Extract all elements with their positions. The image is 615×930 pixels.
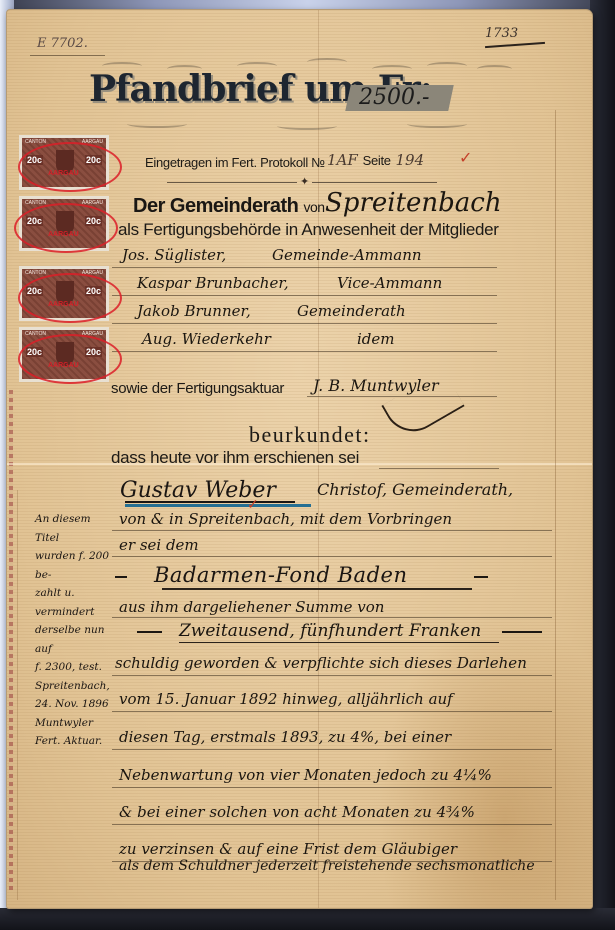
loan-intro: aus ihm dargeliehener Summe von xyxy=(119,598,384,616)
title-flourish xyxy=(277,122,337,130)
margin-line-right xyxy=(555,110,556,900)
certifies-heading: beurkundet: xyxy=(249,422,371,448)
protocol-values: 1AF Seite 194 xyxy=(327,151,424,169)
amount-value: 2500.- xyxy=(359,85,429,110)
clerk-label: sowie der Fertigungsaktuar xyxy=(111,380,284,397)
municipality-name: Spreitenbach xyxy=(325,188,502,218)
text-rule xyxy=(112,787,552,788)
member-rule xyxy=(112,351,497,352)
person-line-2: von & in Spreitenbach, mit dem Vorbringe… xyxy=(119,510,452,528)
cancellation-mark xyxy=(18,273,122,323)
reference-id-underline xyxy=(30,55,105,56)
member-rule xyxy=(112,323,497,324)
council-von: von xyxy=(303,199,324,215)
binding-stitch xyxy=(9,390,13,890)
creditor-name: Badarmen-Fond Baden xyxy=(154,563,407,587)
member-rule xyxy=(112,267,497,268)
text-rule xyxy=(112,711,552,712)
separator-ornament: ✦ xyxy=(300,175,309,188)
protocol-line: Eingetragen im Fert. Protokoll № xyxy=(145,155,325,170)
text-rule xyxy=(112,530,552,531)
margin-note: An diesem Titel wurden f. 200 be- zahlt … xyxy=(35,510,115,751)
revenue-stamp: CANTONAARGAU 20c 20c AARGAU xyxy=(19,327,109,382)
protocol-label: Eingetragen im Fert. Protokoll № xyxy=(145,155,325,170)
body-line: zu verzinsen & auf eine Frist dem Gläubi… xyxy=(119,840,457,858)
text-rule xyxy=(112,824,552,825)
text-rule xyxy=(112,749,552,750)
person-underline-blue xyxy=(125,504,311,507)
cancellation-mark xyxy=(18,334,122,384)
dash xyxy=(137,631,162,633)
member-role: Gemeinderath xyxy=(297,302,406,320)
cancellation-mark xyxy=(14,203,118,253)
body-line: vom 15. Januar 1892 hinweg, alljährlich … xyxy=(119,690,453,708)
authority-line: als Fertigungsbehörde in Anwesenheit der… xyxy=(118,220,499,240)
dash xyxy=(474,576,488,578)
page-number: 194 xyxy=(396,151,425,169)
member-name: Jos. Süglister, xyxy=(122,246,226,264)
body-line: Nebenwartung von vier Monaten jedoch zu … xyxy=(119,766,492,784)
text-rule xyxy=(112,556,552,557)
appeared-rule xyxy=(379,468,499,469)
margin-line-left xyxy=(17,490,18,900)
appeared-line: dass heute vor ihm erschienen sei xyxy=(111,448,359,468)
member-role: Vice-Ammann xyxy=(337,274,442,292)
reference-number-underline xyxy=(485,42,545,48)
amount-underline xyxy=(179,642,499,643)
title-flourish xyxy=(427,62,467,70)
reference-number: 1733 xyxy=(485,26,518,41)
member-rule xyxy=(112,295,497,296)
member-name: Jakob Brunner, xyxy=(137,302,251,320)
body-line: diesen Tag, erstmals 1893, zu 4%, bei ei… xyxy=(119,728,451,746)
text-rule xyxy=(112,675,552,676)
text-rule xyxy=(112,617,552,618)
title-flourish xyxy=(127,120,187,128)
member-name: Aug. Wiederkehr xyxy=(142,330,271,348)
member-role: Gemeinde-Ammann xyxy=(272,246,422,264)
amount-in-words: Zweitausend, fünfhundert Franken xyxy=(179,621,481,641)
background-right xyxy=(590,0,615,930)
title-flourish xyxy=(307,58,347,66)
council-label: Der Gemeinderath xyxy=(133,195,298,217)
revenue-stamp: CANTONAARGAU 20c 20c AARGAU xyxy=(19,196,109,251)
cancellation-mark xyxy=(18,142,122,192)
revenue-stamp: CANTONAARGAU 20c 20c AARGAU xyxy=(19,135,109,190)
body-line: schuldig geworden & verpflichte sich die… xyxy=(115,654,527,672)
separator-line xyxy=(312,182,437,183)
council-line: Der Gemeinderath von xyxy=(133,195,325,218)
protocol-number: 1AF xyxy=(327,151,358,169)
reference-id: E 7702. xyxy=(37,36,88,51)
background-bottom xyxy=(0,908,615,930)
title-flourish xyxy=(407,120,467,128)
dash xyxy=(115,576,127,578)
dash xyxy=(502,631,542,633)
document-page: E 7702. 1733 Pfandbrief um Fr: 2500.- Ei… xyxy=(7,10,592,908)
body-line: als dem Schuldner jederzeit freistehende… xyxy=(119,858,535,874)
creditor-underline xyxy=(162,588,472,590)
revenue-stamp: CANTONAARGAU 20c 20c AARGAU xyxy=(19,266,109,321)
member-name: Kaspar Brunbacher, xyxy=(137,274,289,292)
person-underline xyxy=(125,501,295,503)
person-line-3: er sei dem xyxy=(119,536,199,554)
page-label: Seite xyxy=(363,153,391,168)
check-mark: ✓ xyxy=(459,148,472,168)
person-role: Christof, Gemeinderath, xyxy=(317,480,513,499)
member-role: idem xyxy=(357,330,395,348)
title-flourish xyxy=(477,65,512,73)
separator-line xyxy=(167,182,297,183)
body-line: & bei einer solchen von acht Monaten zu … xyxy=(119,803,475,821)
